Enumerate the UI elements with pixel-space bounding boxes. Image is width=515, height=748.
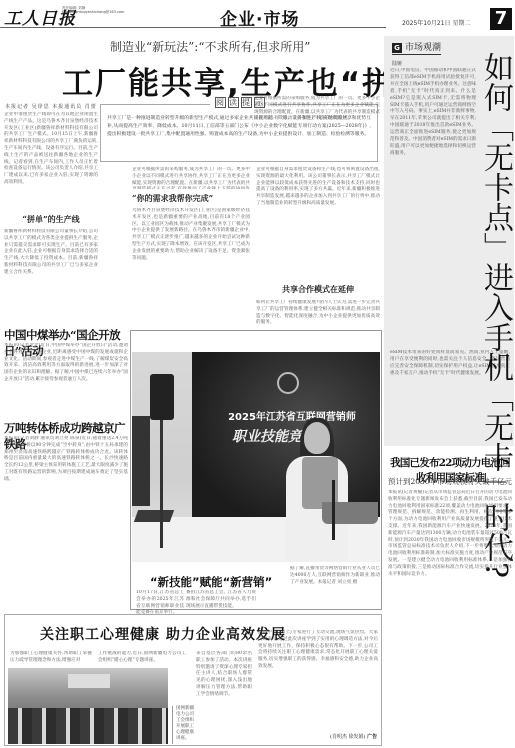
- signature: (肖明杰 徐发娟): [330, 734, 366, 740]
- advertorial-signature: (肖明杰 徐发娟) 广告: [330, 733, 377, 740]
- battery-subheadline: 预计到2030年市场规模将突破千亿元: [386, 476, 514, 487]
- column-tag: G市场观潮: [392, 40, 441, 55]
- lead-byline: 本报记者 吴铎思 本报通讯员 肖蕾: [5, 103, 97, 110]
- lead-body-1b: 新疆鲁祥新材料科技有限公司董事长介绍,公司以共享工厂的模式为各类企业提供生产服务…: [4, 229, 98, 319]
- lead-body-2a: 企业可根据所需的采购服务,成为共享工厂的一员。更多中小企业以不同模式进行共享协作…: [132, 167, 250, 189]
- camera-tripod: [160, 418, 163, 548]
- lead-column-4: 企业可根据所需的采购服务,成为共享工厂的一员。更多中小企业以不同模式进行共享协作…: [254, 96, 380, 166]
- guide-char: 提: [241, 97, 252, 108]
- lead-subhead-1: “拼单”的生产线: [4, 214, 98, 225]
- keyboard: [134, 510, 174, 522]
- column-body: 近日,中国电信、中国移动和中国联通正式获得工信部eSIM手机商用试验批复许可,并…: [390, 68, 476, 348]
- product-basket: [322, 502, 378, 524]
- battery-body: 本报讯(记者黄榆)记者从市场监管总局近日召开的动力电池回收利用标准化专题新闻发布…: [388, 490, 512, 748]
- lead-body-4: 企业可根据所需的采购服务,成为共享工厂的一员。更多中小企业以不同模式进行共享协作…: [254, 96, 380, 166]
- lead-subhead-2: “你的需求我帮你完成”: [132, 193, 250, 204]
- audience: [8, 708, 168, 744]
- guide-char: 读: [228, 97, 239, 108]
- lead-column-2: 企业可根据所需的采购服务,成为共享工厂的一员。更多中小企业以不同模式进行共享协作…: [132, 167, 250, 327]
- guide-char: 阅: [215, 97, 226, 108]
- lead-kicker: 制造业“新玩法”:“不求所有,但求所用”: [110, 38, 310, 55]
- advertorial-body-3: 来自基层各部门的80余名职工参加了活动。本次讲座特别邀请了资深心理专家担任主讲人…: [196, 651, 252, 745]
- livestream-contest-photo: 2025年江苏省互联网营销师 职业技能竞赛: [132, 352, 380, 562]
- brief-body: 本报讯(记者北北)近日,中国中煤举办“国企开放日”活动,邀请社会各界人士走进企业…: [4, 343, 128, 419]
- page-number: 7: [490, 8, 512, 30]
- brief-body: 本报讯(记者刘静 通讯员刘立亮 陈泉)近日,随着重达2.4万吨的T构转体桥以90…: [4, 436, 128, 612]
- lead-subhead-3: 共享合作模式在延伸: [256, 284, 380, 295]
- face: [304, 422, 330, 454]
- union-emblem-icon: [277, 372, 299, 394]
- lead-body-1: 企业申请租赁生产线即可在为其他企业闲置生产线生产产品。这是乌鲁木齐甘泉堡经济技术…: [4, 112, 98, 210]
- lead-column-1: 企业申请租赁生产线即可在为其他企业闲置生产线生产产品。这是乌鲁木齐甘泉堡经济技术…: [4, 112, 98, 316]
- photo-caption-title: “新技能”赋能“新营销”: [150, 574, 272, 590]
- advertorial-headline: 关注职工心理健康 助力企业高效发展: [40, 624, 286, 644]
- email-line: E-mail: grrbqiyeshichang@163.com: [62, 10, 124, 14]
- column-author: 陆娅: [392, 60, 402, 67]
- header-divider: [0, 27, 386, 28]
- lead-body-3b: 如何让共享工厂持续健康发展?业内人士认为,需进一步完善共享工厂的运营管理体系,建…: [256, 300, 380, 326]
- ad-mark: 广告: [367, 734, 377, 740]
- lecture-photo: [8, 668, 168, 744]
- editor-info: 责任编辑: 刘静 E-mail: grrbqiyeshichang@163.co…: [62, 6, 124, 14]
- issue-date: 2025年10月21日 星期二: [402, 18, 470, 27]
- monitor: [132, 416, 150, 506]
- lecture-screen: [68, 674, 110, 688]
- column-tag-icon: G: [392, 43, 402, 53]
- camera-icon: [150, 374, 174, 420]
- advertorial-body-2: 工作挑战的能力,近日,国网新疆电力公司工会组织“暖心心理”专题讲座。: [98, 651, 186, 667]
- advertorial-body-1: 为加强职工心理健康关怀,帮助职工掌握压力疏导管理理念和方法,增强应对: [10, 651, 92, 667]
- backdrop-title: 2025年江苏省互联网营销师: [202, 408, 380, 423]
- photo-caption-right: 据了解,直播带货等网络营销行业从业人员已达4000万人,互联网营销师作为新职业,…: [290, 566, 380, 606]
- lecture-photo-caption: 国网新疆电力公司工会组织开展职工心理健康讲座。: [172, 706, 194, 744]
- column-tag-label: 市场观潮: [405, 43, 441, 53]
- lead-body-2: 乌鲁木齐甘泉堡经济技术开发区(工业区)是国家级经济技术开发区,也是新疆重要的产业…: [132, 208, 250, 330]
- phone-stand: [332, 480, 335, 540]
- advertorial-body-4: 活动中,职工们与专家进行了互动交流,现场气氛热烈。大家纷纷表示,通过此次讲座学到…: [258, 630, 378, 744]
- lead-column-3: 企业可根据自身需求租赁设备和生产线,也可将闲置设备出租,实现资源的最大化利用。该…: [256, 167, 380, 327]
- lead-body-3: 企业可根据自身需求租赁设备和生产线,也可将闲置设备出租,实现资源的最大化利用。该…: [256, 167, 380, 279]
